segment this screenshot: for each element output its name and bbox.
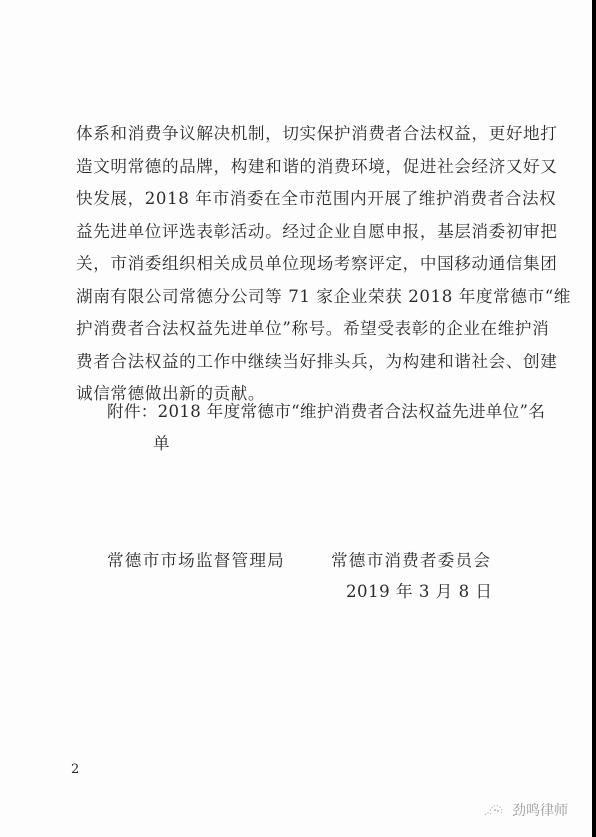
right-edge-border	[592, 0, 596, 837]
body-line: 快发展，2018 年市消委在全市范围内开展了维护消费者合法权	[76, 183, 526, 216]
watermark: 劲鸣律师	[482, 800, 568, 820]
body-paragraph: 体系和消费争议解决机制，切实保护消费者合法权益，更好地打 造文明常德的品牌，构建…	[76, 118, 526, 411]
signature-right-org: 常德市消费者委员会	[331, 547, 491, 571]
body-line: 湖南有限公司常德分公司等 71 家企业荣获 2018 年度常德市“维	[76, 281, 526, 314]
body-line: 体系和消费争议解决机制，切实保护消费者合法权益，更好地打	[76, 118, 526, 151]
signature-date: 2019 年 3 月 8 日	[346, 578, 493, 602]
attachment-note: 附件：2018 年度常德市“维护消费者合法权益先进单位”名 单	[107, 396, 527, 460]
body-line: 造文明常德的品牌，构建和谐的消费环境，促进社会经济又好又	[76, 151, 526, 184]
body-line: 益先进单位评选表彰活动。经过企业自愿申报，基层消委初审把	[76, 216, 526, 249]
page-number: 2	[71, 762, 79, 777]
attachment-line: 附件：2018 年度常德市“维护消费者合法权益先进单位”名	[107, 396, 527, 428]
wechat-official-account-icon	[482, 801, 506, 819]
watermark-label: 劲鸣律师	[512, 800, 568, 820]
attachment-line: 单	[107, 428, 527, 460]
signature-left-org: 常德市市场监督管理局	[107, 547, 285, 571]
body-line: 费者合法权益的工作中继续当好排头兵，为构建和谐社会、创建	[76, 346, 526, 379]
document-page: 体系和消费争议解决机制，切实保护消费者合法权益，更好地打 造文明常德的品牌，构建…	[0, 0, 592, 837]
body-line: 关，市消委组织相关成员单位现场考察评定，中国移动通信集团	[76, 248, 526, 281]
body-line: 护消费者合法权益先进单位”称号。希望受表彰的企业在维护消	[76, 313, 526, 346]
